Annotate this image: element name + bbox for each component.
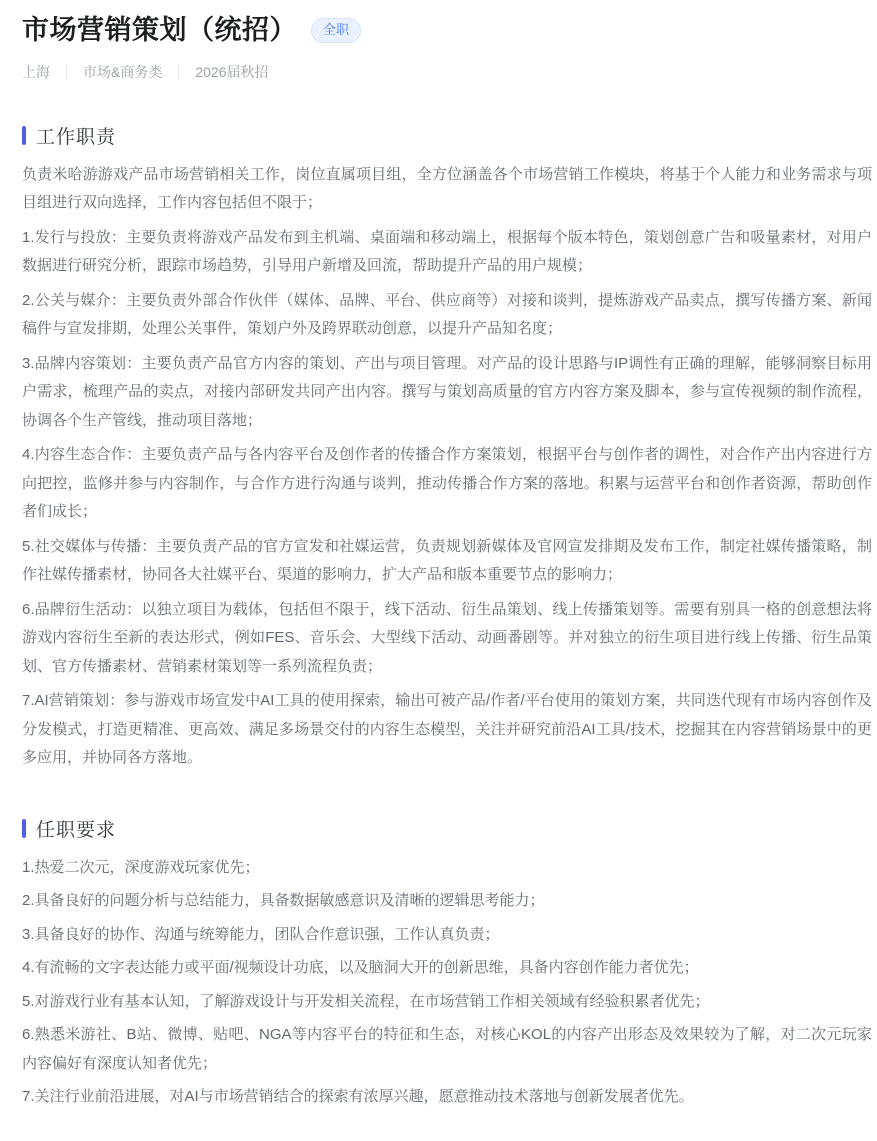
section-accent-bar [22,819,26,838]
section-requirements: 任职要求 1.热爱二次元，深度游戏玩家优先； 2.具备良好的问题分析与总结能力，… [22,815,872,1112]
duty-item: 5.社交媒体与传播：主要负责产品的官方宣发和社媒运营，负责规划新媒体及官网宣发排… [22,533,872,590]
duty-item: 6.品牌衍生活动：以独立项目为载体，包括但不限于，线下活动、衍生品策划、线上传播… [22,596,872,682]
requirements-heading-text: 任职要求 [36,815,116,842]
duty-item: 2.公关与媒介：主要负责外部合作伙伴（媒体、品牌、平台、供应商等）对接和谈判，提… [22,287,872,344]
duty-item: 7.AI营销策划：参与游戏市场宣发中AI工具的使用探索，输出可被产品/作者/平台… [22,687,872,773]
requirement-item: 7.关注行业前沿进展，对AI与市场营销结合的探索有浓厚兴趣，愿意推动技术落地与创… [22,1083,872,1112]
job-meta: 上海 市场&商务类 2026届秋招 [22,65,872,80]
requirement-item: 1.热爱二次元，深度游戏玩家优先； [22,854,872,883]
meta-category: 市场&商务类 [66,65,178,80]
page-title: 市场营销策划（统招） [22,14,297,48]
duties-heading-text: 工作职责 [36,122,116,149]
duties-intro: 负责米哈游游戏产品市场营销相关工作，岗位直属项目组，全方位涵盖各个市场营销工作模… [22,161,872,218]
duty-item: 4.内容生态合作：主要负责产品与各内容平台及创作者的传播合作方案策划，根据平台与… [22,441,872,527]
employment-type-badge: 全职 [311,18,361,43]
job-header: 市场营销策划（统招） 全职 [22,14,872,48]
meta-location: 上海 [22,65,66,80]
requirement-item: 3.具备良好的协作、沟通与统筹能力，团队合作意识强，工作认真负责； [22,921,872,950]
requirement-item: 6.熟悉米游社、B站、微博、贴吧、NGA等内容平台的特征和生态，对核心KOL的内… [22,1021,872,1078]
duty-item: 1.发行与投放：主要负责将游戏产品发布到主机端、桌面端和移动端上，根据每个版本特… [22,224,872,281]
section-accent-bar [22,126,26,145]
requirement-item: 4.有流畅的文字表达能力或平面/视频设计功底，以及脑洞大开的创新思维，具备内容创… [22,954,872,983]
requirements-heading: 任职要求 [22,815,872,842]
duty-item: 3.品牌内容策划：主要负责产品官方内容的策划、产出与项目管理。对产品的设计思路与… [22,350,872,436]
meta-recruit-batch: 2026届秋招 [178,65,284,80]
section-duties: 工作职责 负责米哈游游戏产品市场营销相关工作，岗位直属项目组，全方位涵盖各个市场… [22,122,872,773]
job-detail-page: 市场营销策划（统招） 全职 上海 市场&商务类 2026届秋招 工作职责 负责米… [0,0,877,1141]
duties-heading: 工作职责 [22,122,872,149]
requirement-item: 2.具备良好的问题分析与总结能力，具备数据敏感意识及清晰的逻辑思考能力； [22,887,872,916]
requirement-item: 5.对游戏行业有基本认知，了解游戏设计与开发相关流程，在市场营销工作相关领域有经… [22,988,872,1017]
